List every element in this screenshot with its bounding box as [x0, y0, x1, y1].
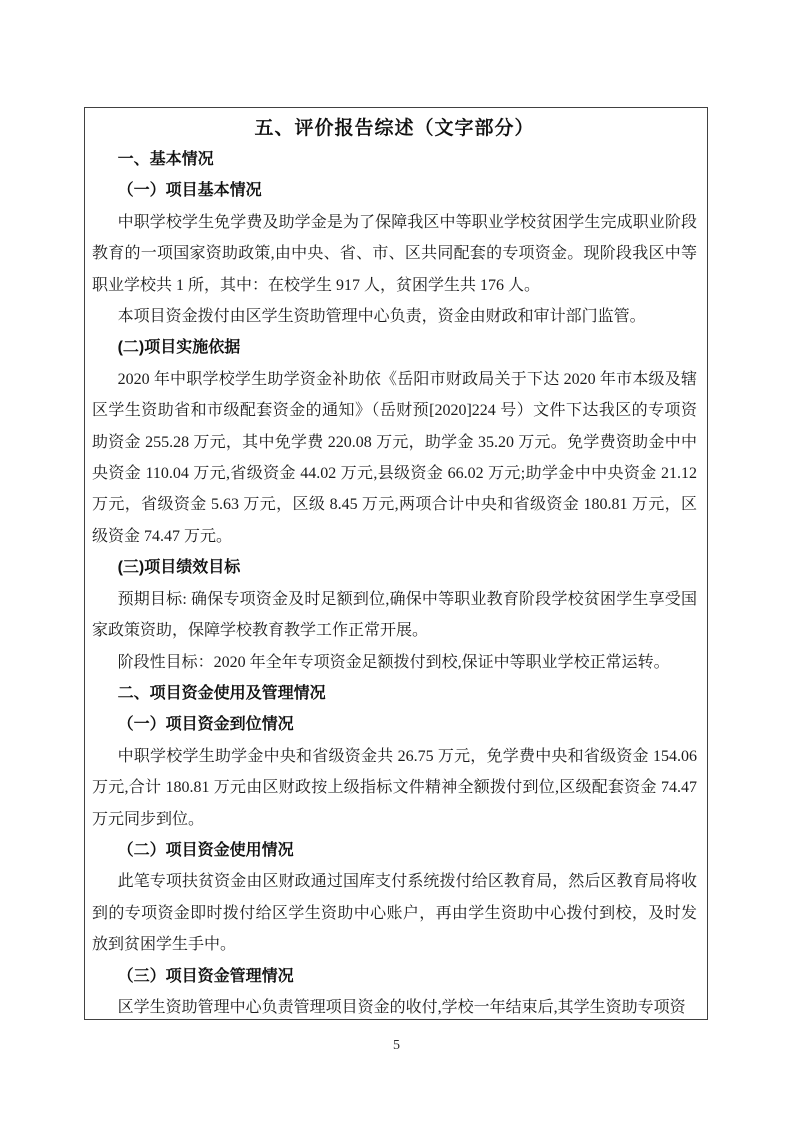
section-heading: (二)项目实施依据: [92, 332, 697, 363]
body-paragraph: 区学生资助管理中心负责管理项目资金的收付,学校一年结束后,其学生资助专项资: [92, 992, 697, 1020]
body-paragraph: 本项目资金拨付由区学生资助管理中心负责，资金由财政和审计部门监管。: [92, 301, 697, 332]
body-paragraph: 此笔专项扶贫资金由区财政通过国库支付系统拨付给区教育局，然后区教育局将收到的专项…: [92, 866, 697, 960]
body-paragraph: 预期目标: 确保专项资金及时足额到位,确保中等职业教育阶段学校贫困学生享受国家政…: [92, 584, 697, 647]
section-heading: （二）项目资金使用情况: [92, 835, 697, 866]
body-paragraph: 中职学校学生助学金中央和省级资金共 26.75 万元，免学费中央和省级资金 15…: [92, 741, 697, 835]
body-paragraph: 2020 年中职学校学生助学资金补助依《岳阳市财政局关于下达 2020 年市本级…: [92, 364, 697, 552]
document-body: 一、基本情况（一）项目基本情况中职学校学生免学费及助学金是为了保障我区中等职业学…: [92, 144, 697, 1020]
document-title: 五、评价报告综述（文字部分）: [92, 113, 697, 144]
report-border-box: 五、评价报告综述（文字部分） 一、基本情况（一）项目基本情况中职学校学生免学费及…: [84, 107, 708, 1020]
section-heading: (三)项目绩效目标: [92, 552, 697, 583]
page-number: 5: [0, 1038, 793, 1054]
section-heading: （三）项目资金管理情况: [92, 961, 697, 992]
body-paragraph: 阶段性目标：2020 年全年专项资金足额拨付到校,保证中等职业学校正常运转。: [92, 647, 697, 678]
document-page: 五、评价报告综述（文字部分） 一、基本情况（一）项目基本情况中职学校学生免学费及…: [0, 0, 793, 1122]
body-paragraph: 中职学校学生免学费及助学金是为了保障我区中等职业学校贫困学生完成职业阶段教育的一…: [92, 207, 697, 301]
section-heading: 二、项目资金使用及管理情况: [92, 678, 697, 709]
section-heading: （一）项目资金到位情况: [92, 709, 697, 740]
section-heading: （一）项目基本情况: [92, 175, 697, 206]
section-heading: 一、基本情况: [92, 144, 697, 175]
